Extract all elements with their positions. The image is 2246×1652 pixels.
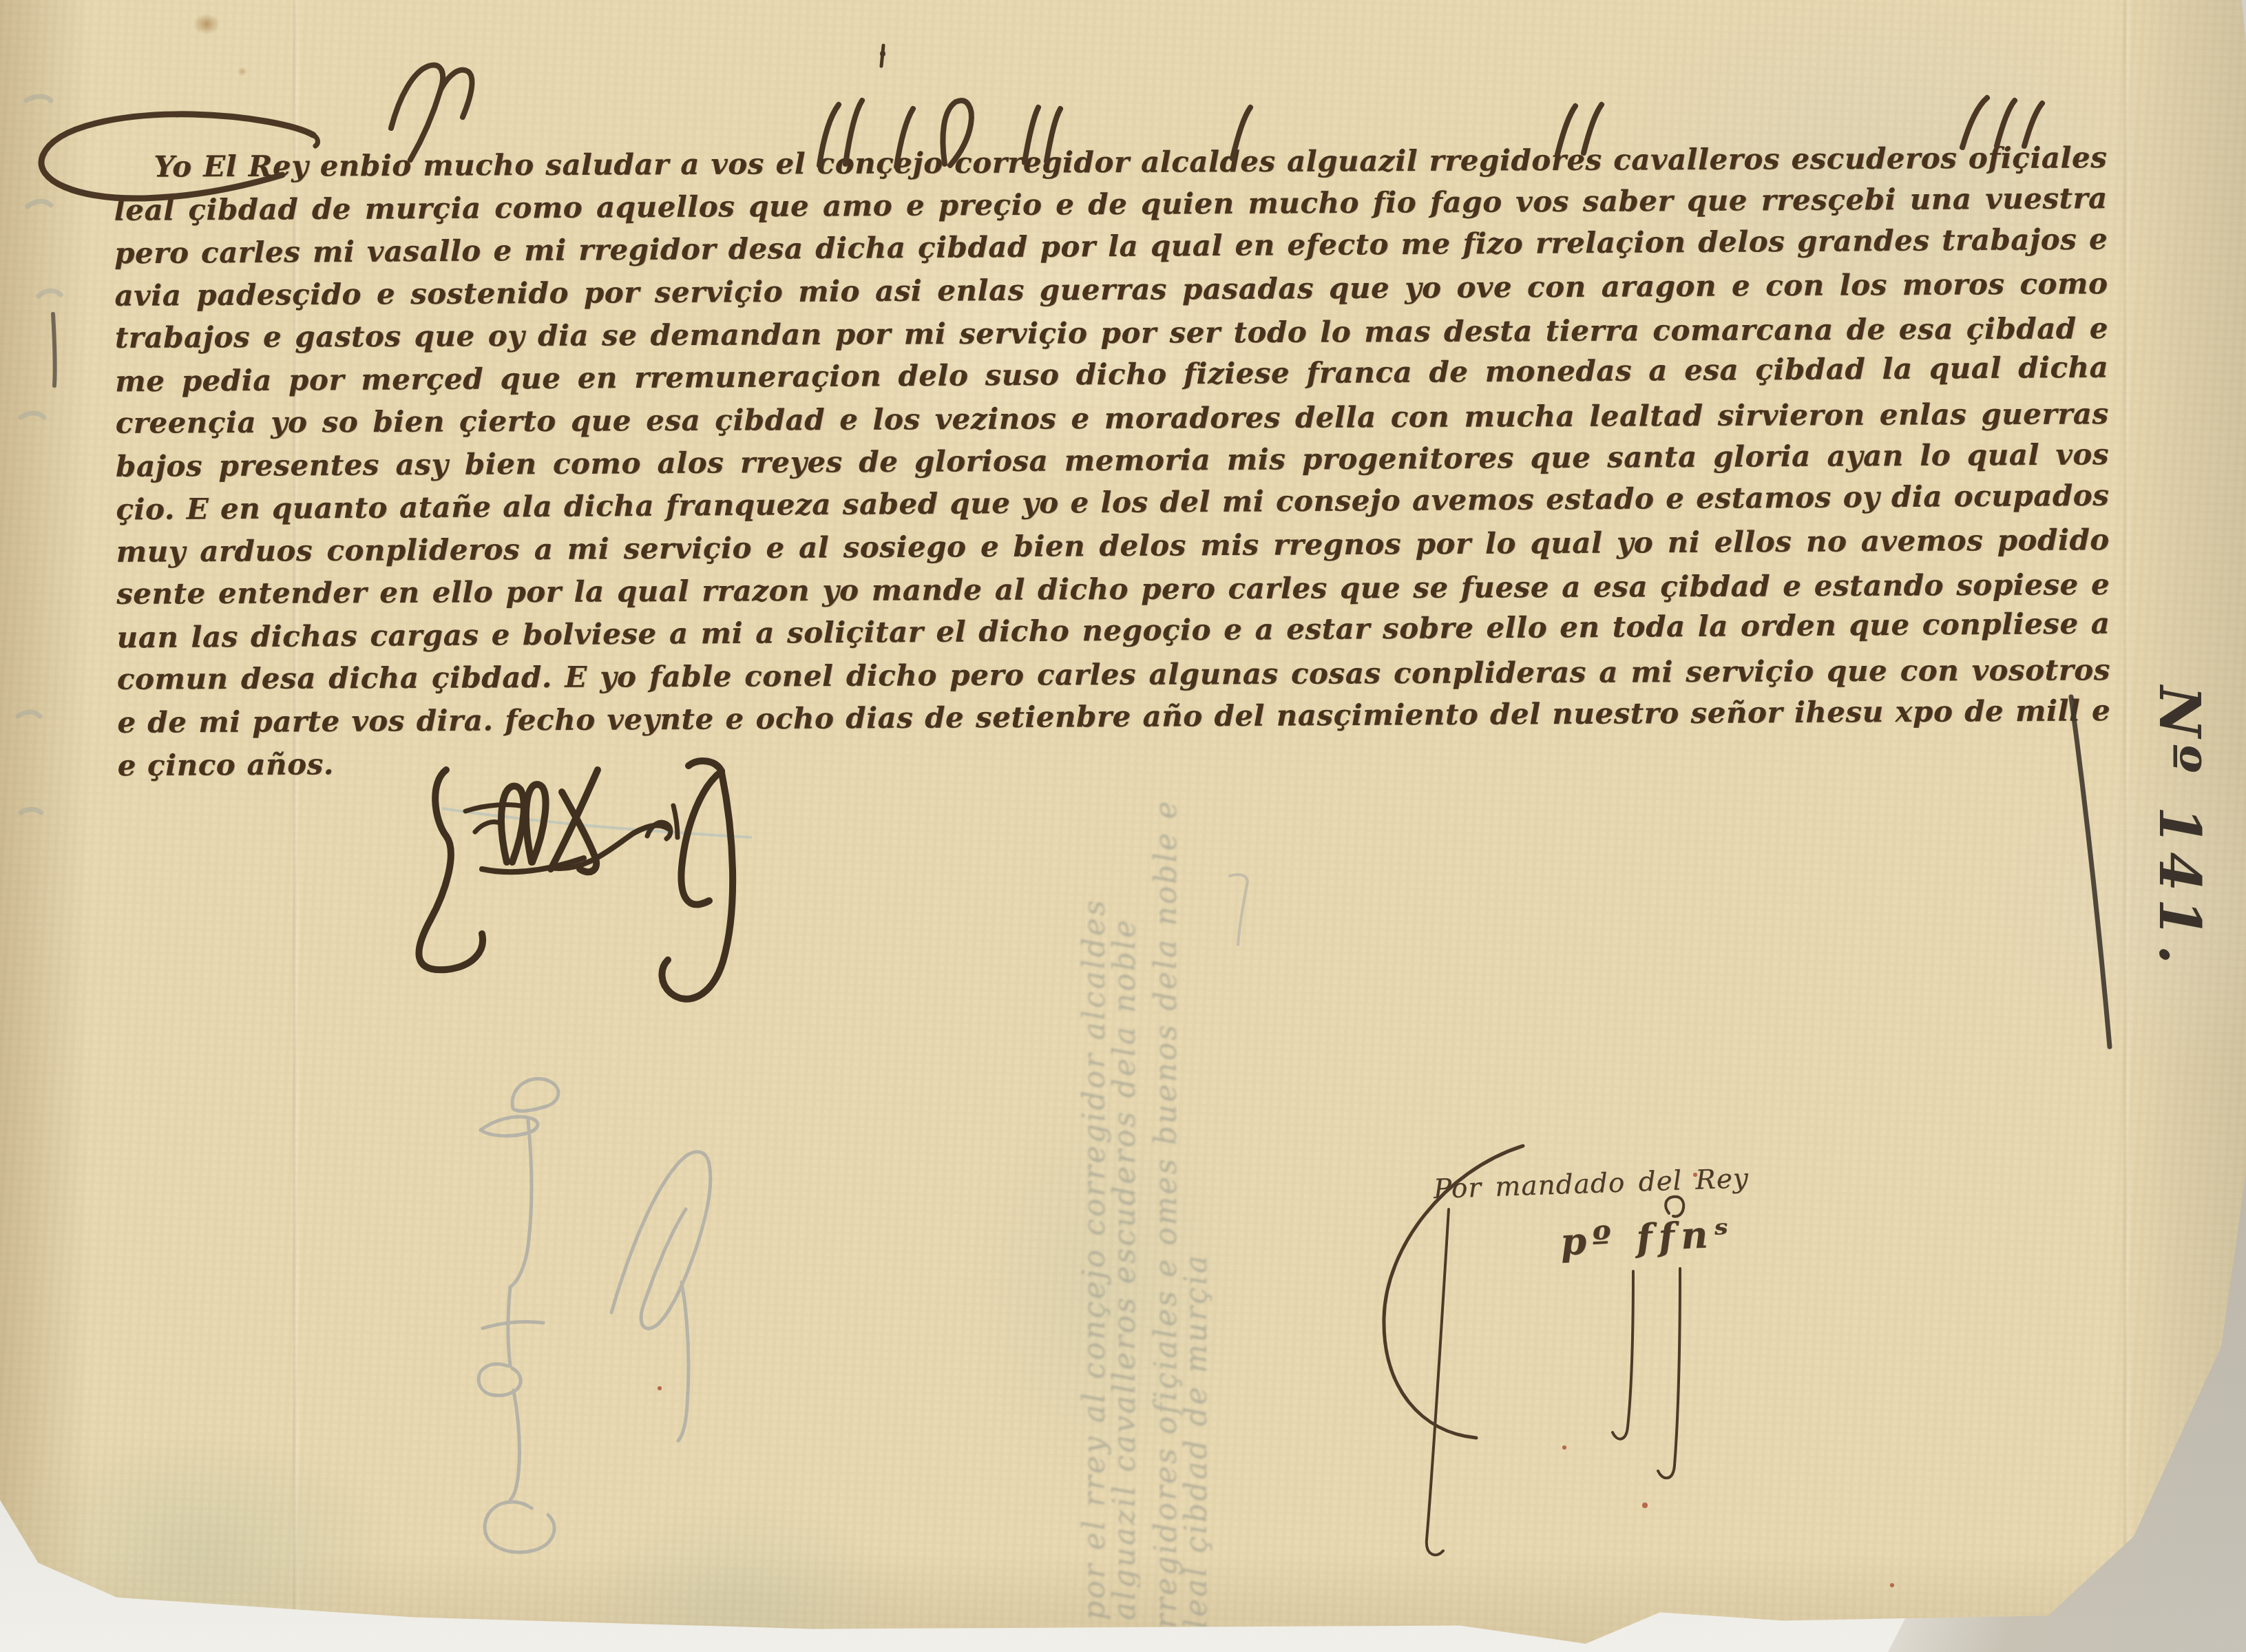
- graphite-doodle: [479, 875, 1248, 1552]
- scanned-document-page: Yo El Rey enbio mucho saludar a vos el c…: [0, 0, 2246, 1652]
- opening-swash-flourish: [41, 114, 318, 198]
- ascender-strokes: [391, 45, 2042, 167]
- archival-line: [2071, 697, 2110, 1047]
- rust-specks: [658, 51, 1894, 1587]
- margin-ink-tick: [53, 314, 55, 386]
- parchment-sheet: Yo El Rey enbio mucho saludar a vos el c…: [0, 0, 2246, 1652]
- secretary-flourish: [1384, 1146, 1683, 1555]
- margin-bleed-marks: [18, 96, 61, 813]
- ink-flourishes-layer: [0, 0, 2246, 1652]
- royal-signature-rubric: [419, 761, 733, 999]
